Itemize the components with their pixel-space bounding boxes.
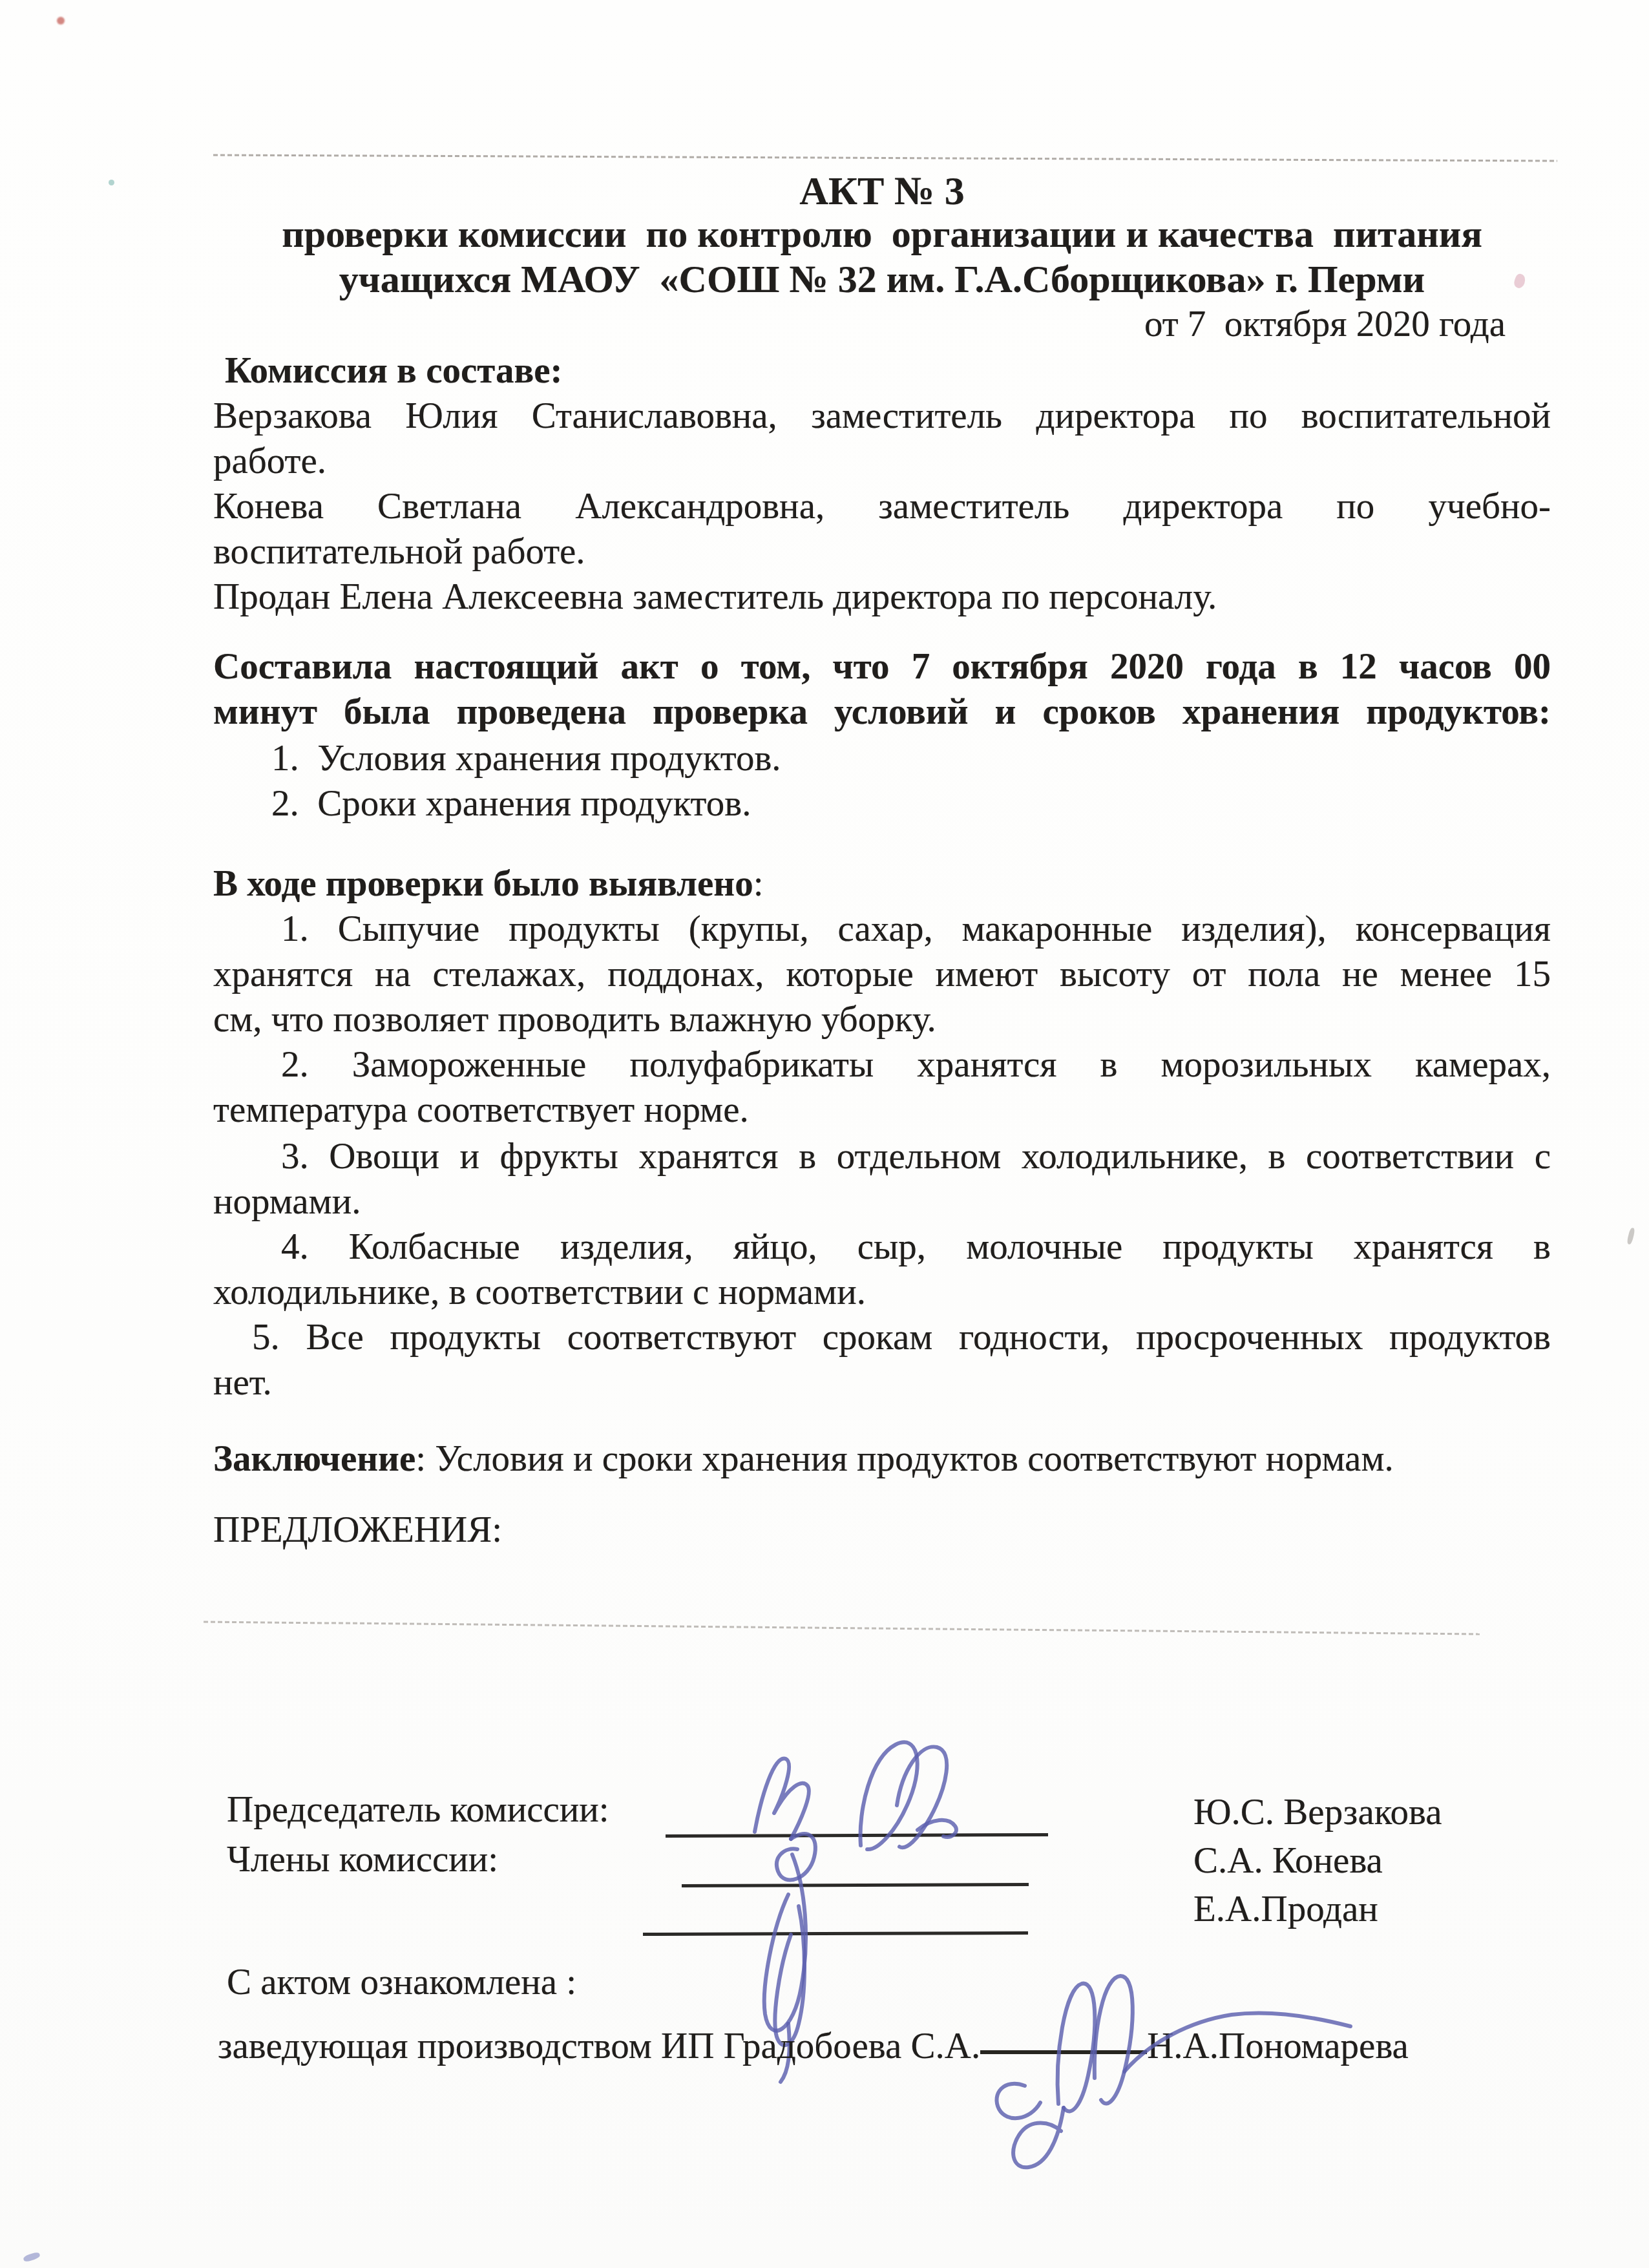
teal-speck-artifact — [109, 180, 114, 185]
conclusion-text: : Условия и сроки хранения продуктов соо… — [415, 1438, 1393, 1479]
checklist-item-2: 2. Сроки хранения продуктов. — [213, 782, 1609, 826]
gray-mark-artifact — [1626, 1227, 1635, 1244]
checklist-item-1: 1. Условия хранения продуктов. — [213, 737, 1609, 781]
finding2-line1: 2. Замороженные полуфабрикаты хранятся в… — [213, 1043, 1551, 1087]
finding3-line2: нормами. — [213, 1180, 1551, 1224]
member2-line2: воспитательной работе. — [213, 530, 1551, 574]
conclusion-line: Заключение: Условия и сроки хранения про… — [213, 1437, 1551, 1481]
red-pen-dot-artifact — [57, 17, 65, 25]
signer-name-1: Ю.С. Верзакова — [1193, 1788, 1581, 1836]
proposals-label: ПРЕДЛОЖЕНИЯ: — [213, 1508, 1551, 1552]
scanned-act-document: АКТ № 3 проверки комиссии по контролю ор… — [0, 0, 1649, 2268]
finding3-line1: 3. Овощи и фрукты хранятся в отдельном х… — [213, 1135, 1551, 1179]
findings-heading: В ходе проверки было выявлено: — [213, 862, 1551, 906]
conclusion-label: Заключение — [213, 1438, 415, 1479]
bottom-attribution-prefix: заведующая производством ИП Градобоева С… — [218, 2026, 980, 2066]
act-statement-line2: минут была проведена проверка условий и … — [213, 690, 1551, 734]
act-title: АКТ № 3 — [213, 167, 1635, 215]
date-line: от 7 октября 2020 года — [213, 302, 1551, 346]
commission-heading: Комиссия в составе: — [225, 349, 1562, 393]
dashed-separator-middle — [204, 1621, 1480, 1635]
blue-edge-artifact — [23, 2251, 41, 2263]
finding5-line1: 5. Все продукты соответствуют срокам год… — [213, 1316, 1551, 1360]
member2-line1: Конева Светлана Александровна, заместите… — [213, 485, 1551, 529]
dashed-separator-top — [213, 154, 1557, 162]
finding1-line1: 1. Сыпучие продукты (крупы, сахар, макар… — [213, 907, 1551, 951]
act-subtitle-line1: проверки комиссии по контролю организаци… — [213, 211, 1635, 257]
member1-line1: Верзакова Юлия Станиславовна, заместител… — [213, 394, 1551, 438]
signer-name-2: С.А. Конева — [1193, 1836, 1581, 1885]
act-subtitle-line2: учащихся МАОУ «СОШ № 32 им. Г.А.Сборщико… — [213, 256, 1635, 302]
act-statement-line1: Составила настоящий акт о том, что 7 окт… — [213, 645, 1551, 689]
finding2-line2: температура соответствует норме. — [213, 1088, 1551, 1132]
signer-name-3: Е.А.Продан — [1193, 1885, 1581, 1933]
findings-heading-colon: : — [753, 863, 764, 904]
finding1-line2: хранятся на стелажах, поддонах, которые … — [213, 952, 1551, 996]
finding4-line1: 4. Колбасные изделия, яйцо, сыр, молочны… — [213, 1225, 1551, 1269]
member3-line: Продан Елена Алексеевна заместитель дире… — [213, 575, 1551, 619]
acknowledgement-label: С актом ознакомлена : — [227, 1960, 1002, 2004]
findings-heading-text: В ходе проверки было выявлено — [213, 863, 753, 904]
finding4-line2: холодильнике, в соответствии с нормами. — [213, 1270, 1551, 1314]
manager-handwritten-signature — [898, 1951, 1376, 2171]
finding5-line2: нет. — [213, 1361, 1551, 1405]
finding1-line3: см, что позволяет проводить влажную убор… — [213, 998, 1551, 1042]
member1-line2: работе. — [213, 439, 1551, 483]
